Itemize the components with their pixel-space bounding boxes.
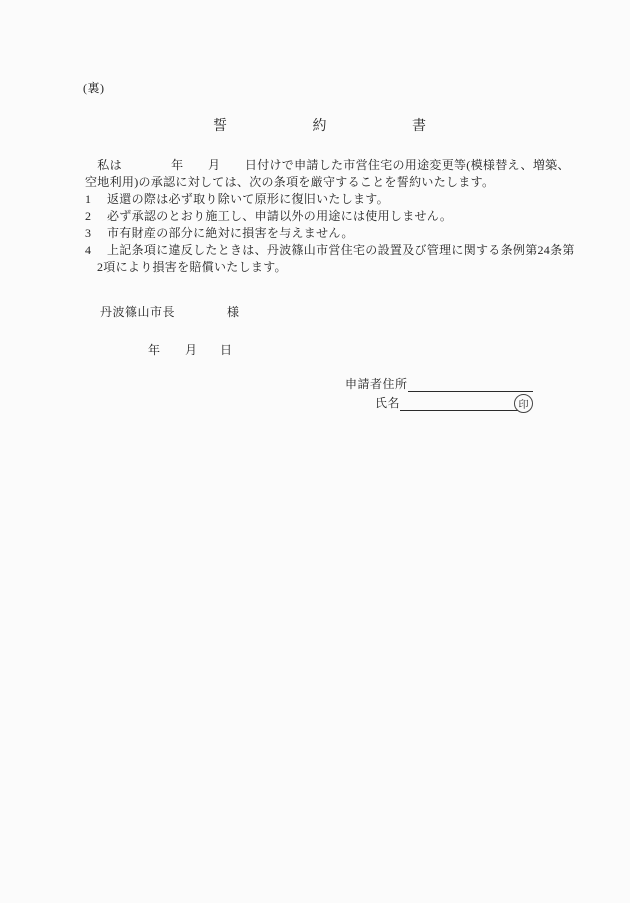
pledge-item-3: 3 市有財産の部分に絶対に損害を与えません。: [85, 225, 560, 242]
title-char-2: 約: [313, 115, 327, 135]
recipient-name: 丹波篠山市長: [100, 305, 175, 319]
recipient-line: 丹波篠山市長様: [100, 303, 240, 320]
item-text: 上記条項に違反したときは、丹波篠山市営住宅の設置及び管理に関する条例第24条第: [107, 242, 575, 259]
applicant-address-row: 申請者住所: [345, 377, 533, 392]
intro-line-1: 私は 年 月 日付けで申請した市営住宅の用途変更等(模様替え、増築、: [85, 157, 555, 174]
document-title: 誓 約 書: [213, 115, 426, 135]
pledge-item-4: 4 上記条項に違反したときは、丹波篠山市営住宅の設置及び管理に関する条例第24条…: [85, 242, 560, 259]
intro-line-2: 空地利用)の承認に対しては、次の条項を厳守することを誓約いたします。: [85, 174, 555, 191]
pledge-items-list: 1 返還の際は必ず取り除いて原形に復旧いたします。 2 必ず承認のとおり施工し、…: [85, 191, 560, 276]
title-char-1: 誓: [213, 115, 227, 135]
applicant-name-row: 氏名: [375, 395, 529, 411]
pledge-item-1: 1 返還の際は必ず取り除いて原形に復旧いたします。: [85, 191, 560, 208]
pledge-item-2: 2 必ず承認のとおり施工し、申請以外の用途には使用しません。: [85, 208, 560, 225]
side-label: (裏): [83, 79, 105, 96]
applicant-name-label: 氏名: [375, 394, 400, 411]
item-text: 必ず承認のとおり施工し、申請以外の用途には使用しません。: [107, 208, 452, 225]
pledge-item-4-continuation: 2項により損害を賠償いたします。: [97, 259, 560, 276]
name-blank-line: [400, 396, 529, 411]
recipient-honorific: 様: [227, 305, 240, 319]
item-number: 1: [85, 191, 97, 208]
applicant-address-label: 申請者住所: [345, 375, 408, 392]
item-number: 3: [85, 225, 97, 242]
date-line: 年月日: [148, 341, 232, 358]
item-number: 2: [85, 208, 97, 225]
item-number: 4: [85, 242, 97, 259]
date-month-label: 月: [185, 343, 197, 357]
item-text: 市有財産の部分に絶対に損害を与えません。: [107, 225, 354, 242]
item-text: 返還の際は必ず取り除いて原形に復旧いたします。: [107, 191, 389, 208]
address-blank-line: [408, 377, 533, 392]
seal-stamp-mark: 印: [514, 394, 533, 413]
date-day-label: 日: [220, 343, 232, 357]
intro-paragraph: 私は 年 月 日付けで申請した市営住宅の用途変更等(模様替え、増築、 空地利用)…: [85, 157, 555, 191]
title-char-3: 書: [412, 115, 426, 135]
pledge-document-page: (裏) 誓 約 書 私は 年 月 日付けで申請した市営住宅の用途変更等(模様替え…: [0, 0, 630, 903]
date-year-label: 年: [148, 343, 160, 357]
